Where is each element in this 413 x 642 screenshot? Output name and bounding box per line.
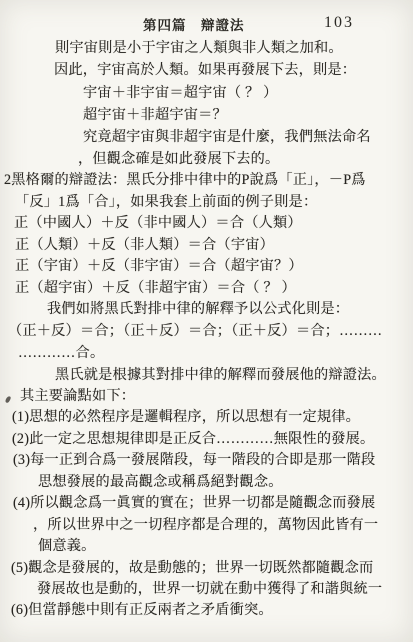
book-page: 第四篇 辯證法 103 則宇宙則是小于宇宙之人類與非人類之加和。 因此，宇宙高於… <box>0 0 413 642</box>
text-line: (3)每一正到合爲一發展階段，每一階段的合即是那一階段 <box>13 452 375 469</box>
text-line: 因此，宇宙高於人類。如果再發展下去，則是： <box>54 62 356 79</box>
text-line: 「反」1爲「合」，如果我套上前面的例子則是： <box>15 194 317 211</box>
text-line: 發展故也是動的，世界一切就在動中獲得了和諧與統一 <box>37 581 382 598</box>
text-line: 黑氏就是根據其對排中律的解釋而發展他的辯證法。 <box>55 367 386 384</box>
page-number: 103 <box>324 14 354 32</box>
text-line: (1)思想的必然程序是邏輯程序，所以思想有一定規律。 <box>12 409 360 426</box>
text-line: 究竟超宇宙與非超宇宙是什麼，我們無法命名 <box>83 129 371 146</box>
text-line: 2黑格爾的辯證法：黑氏分排中律中的P說爲「正」，－P爲 <box>4 172 366 189</box>
text-line: ，但觀念確是如此發展下去的。 <box>78 151 279 168</box>
text-line: 正（人類）＋反（非人類）＝合（宇宙） <box>15 237 274 254</box>
text-line: 其主要論點如下： <box>20 388 135 405</box>
text-line: 我們如將黑氏對排中律的解釋予以公式化則是： <box>47 301 349 318</box>
text-line: 宇宙＋非宇宙＝超宇宙（ ？ ） <box>83 85 278 102</box>
text-line: (6)但當靜態中則有正反兩者之矛盾衝突。 <box>11 602 273 619</box>
text-line: 正（中國人）＋反（非中國人）＝合（人類） <box>14 215 302 232</box>
chapter-header: 第四篇 辯證法 <box>143 14 245 34</box>
text-line: (4)所以觀念爲一眞實的實在；世界一切都是隨觀念而發展 <box>13 495 375 512</box>
text-line: (2)此一定之思想規律即是正反合…………無限性的發展。 <box>12 431 374 448</box>
text-line: ，所以世界中之一切程序都是合理的，萬物因此皆有一 <box>33 517 378 534</box>
text-line: 正（宇宙）＋反（非宇宙）＝合（超宇宙？） <box>15 258 303 275</box>
text-line: 個意義。 <box>38 538 96 555</box>
text-line: 超宇宙＋非超宇宙＝？ <box>83 107 227 124</box>
text-line: (5)觀念是發展的，故是動態的；世界一切既然都隨觀念而 <box>11 560 373 577</box>
scan-artifact <box>5 395 12 403</box>
text-line: （正＋反）＝合；（正＋反）＝合；（正＋反）＝合；……… <box>8 323 382 340</box>
text-line: 思想發展的最高觀念或稱爲絕對觀念。 <box>38 474 283 491</box>
text-line: …………合。 <box>18 345 104 362</box>
text-line: 則宇宙則是小于宇宙之人類與非人類之加和。 <box>55 40 343 57</box>
text-line: 正（超宇宙）＋反（非超宇宙）＝合（ ？ ） <box>15 280 296 297</box>
